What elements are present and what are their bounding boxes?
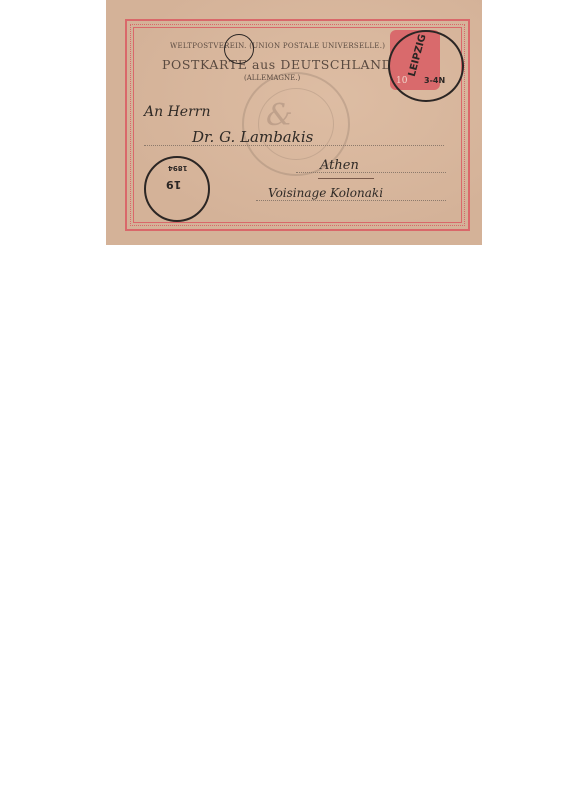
arrival-year: 1894 (168, 164, 187, 172)
small-postmark (224, 34, 254, 64)
header-country: (ALLEMAGNE.) (244, 74, 300, 82)
postcard: & WELTPOSTVEREIN. (UNION POSTALE UNIVERS… (106, 0, 482, 245)
header-title: POSTKARTE aus DEUTSCHLAND. (162, 57, 396, 72)
address-salutation: An Herrn (144, 104, 210, 120)
postmark-time: 3-4N (424, 76, 445, 85)
address-city: Athen (320, 158, 359, 173)
header-union-line: WELTPOSTVEREIN. (UNION POSTALE UNIVERSEL… (170, 42, 385, 50)
arrival-postmark: 19 1894 (144, 156, 210, 222)
leipzig-postmark: LEIPZIG 3-4N (388, 30, 464, 102)
address-street: Voisinage Kolonaki (268, 186, 383, 200)
address-name: Dr. G. Lambakis (192, 128, 313, 146)
arrival-day: 19 (166, 178, 181, 191)
postmark-city: LEIPZIG (407, 33, 429, 78)
